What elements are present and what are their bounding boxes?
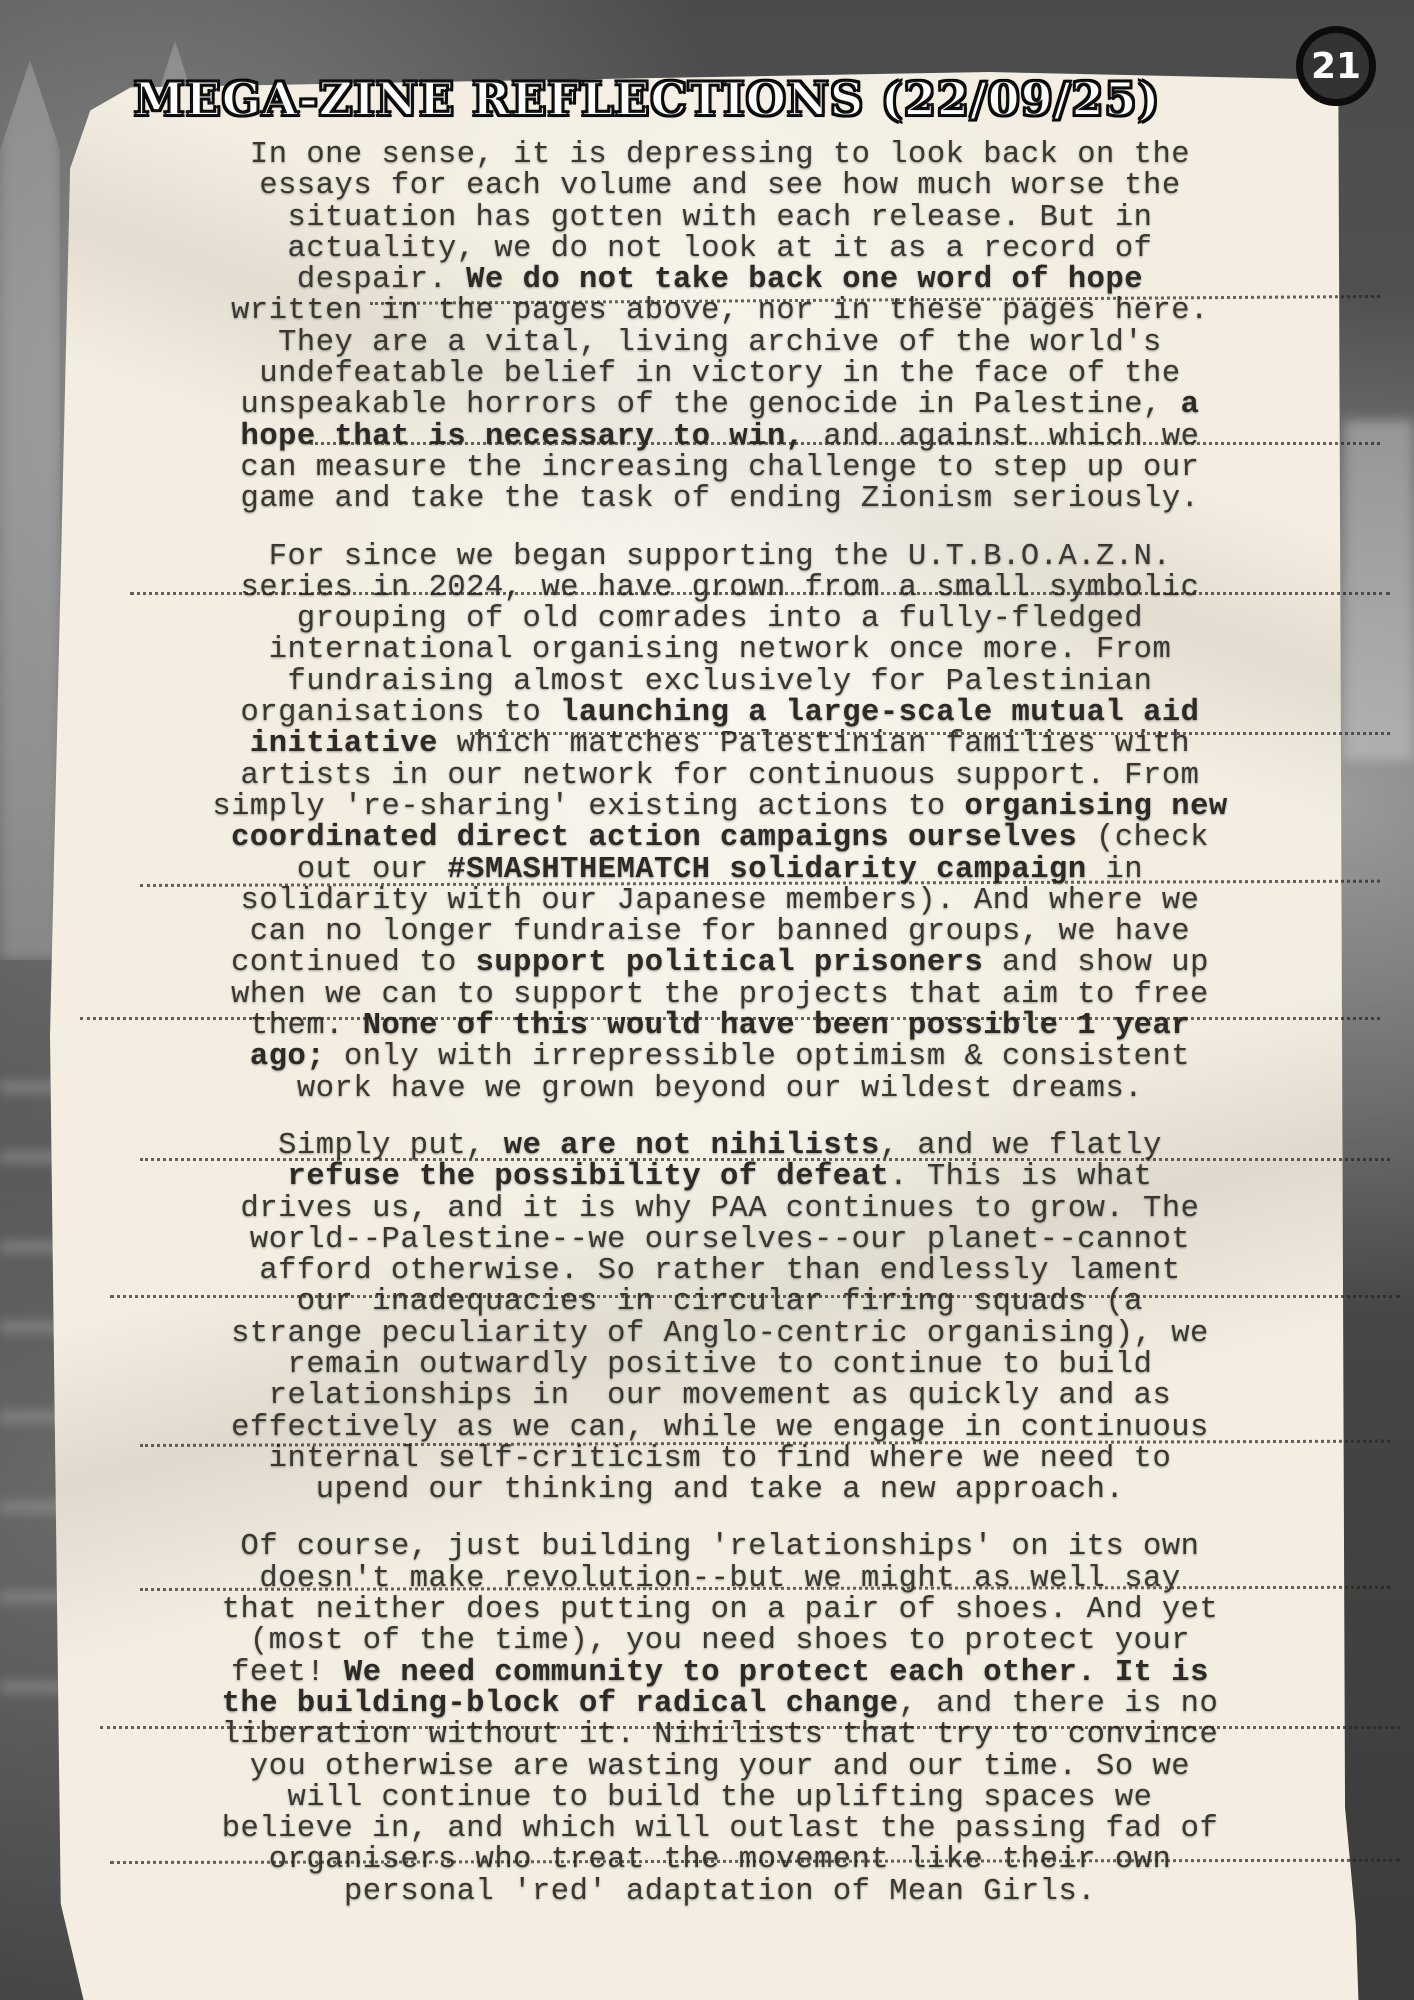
body-text: that neither does putting on a pair of s… xyxy=(222,1593,1219,1627)
body-text: despair. xyxy=(297,263,466,297)
essay-body: In one sense, it is depressing to look b… xyxy=(60,140,1380,1908)
text-line: afford otherwise. So rather than endless… xyxy=(60,1256,1380,1287)
text-line: hope that is necessary to win, and again… xyxy=(60,422,1380,453)
essay-paragraph: Simply put, we are not nihilists, and we… xyxy=(60,1131,1380,1507)
text-line: the building-block of radical change, an… xyxy=(60,1689,1380,1720)
text-line: In one sense, it is depressing to look b… xyxy=(60,140,1380,171)
text-line: internal self-criticism to find where we… xyxy=(60,1444,1380,1475)
body-text: international organising network once mo… xyxy=(269,633,1172,667)
text-line: game and take the task of ending Zionism… xyxy=(60,484,1380,515)
body-text: organisations to xyxy=(241,696,561,730)
text-line: continued to support political prisoners… xyxy=(60,948,1380,979)
body-text: out our xyxy=(297,853,447,887)
body-text: can measure the increasing challenge to … xyxy=(241,451,1200,485)
body-text: , and there is no xyxy=(899,1687,1219,1721)
emphasis-text: We do not take back one word of hope xyxy=(466,263,1143,297)
text-line: can measure the increasing challenge to … xyxy=(60,453,1380,484)
text-line: can no longer fundraise for banned group… xyxy=(60,917,1380,948)
text-line: grouping of old comrades into a fully-fl… xyxy=(60,604,1380,635)
text-line: relationships in our movement as quickly… xyxy=(60,1381,1380,1412)
emphasis-text: coordinated direct action campaigns ours… xyxy=(231,821,1077,855)
dotted-rule xyxy=(100,1726,1400,1729)
text-line: Of course, just building 'relationships'… xyxy=(60,1532,1380,1563)
text-line: ago; only with irrepressible optimism & … xyxy=(60,1042,1380,1073)
body-text: solidarity with our Japanese members). A… xyxy=(241,884,1200,918)
body-text: situation has gotten with each release. … xyxy=(288,201,1153,235)
body-text: will continue to build the uplifting spa… xyxy=(288,1781,1153,1815)
body-text: For since we began supporting the U.T.B.… xyxy=(269,540,1172,574)
text-line: world--Palestine--we ourselves--our plan… xyxy=(60,1225,1380,1256)
text-line: refuse the possibility of defeat. This i… xyxy=(60,1162,1380,1193)
text-line: coordinated direct action campaigns ours… xyxy=(60,823,1380,854)
text-line: organisations to launching a large-scale… xyxy=(60,698,1380,729)
dotted-rule xyxy=(140,1158,1390,1161)
body-text: They are a vital, living archive of the … xyxy=(278,326,1162,360)
body-text: (check xyxy=(1077,821,1209,855)
emphasis-text: organising new xyxy=(964,790,1227,824)
body-text: feet! xyxy=(231,1656,344,1690)
body-text: doesn't make revolution--but we might as… xyxy=(259,1562,1180,1596)
body-text: remain outwardly positive to continue to… xyxy=(288,1348,1153,1382)
emphasis-text: the building-block of radical change xyxy=(222,1687,899,1721)
body-text: believe in, and which will outlast the p… xyxy=(222,1812,1219,1846)
text-line: simply 're-sharing' existing actions to … xyxy=(60,792,1380,823)
body-text: artists in our network for continuous su… xyxy=(241,759,1200,793)
body-text: world--Palestine--we ourselves--our plan… xyxy=(250,1223,1190,1257)
text-line: remain outwardly positive to continue to… xyxy=(60,1350,1380,1381)
body-text: and against which we xyxy=(805,420,1200,454)
text-line: solidarity with our Japanese members). A… xyxy=(60,886,1380,917)
dotted-rule xyxy=(470,732,1390,735)
background-shape xyxy=(0,60,60,960)
body-text: Of course, just building 'relationships'… xyxy=(241,1530,1200,1564)
body-text: our inadequacies in circular firing squa… xyxy=(297,1285,1143,1319)
text-line: artists in our network for continuous su… xyxy=(60,761,1380,792)
emphasis-text: None of this would have been possible 1 … xyxy=(363,1009,1190,1043)
text-line: For since we began supporting the U.T.B.… xyxy=(60,542,1380,573)
body-text: only with irrepressible optimism & consi… xyxy=(325,1040,1190,1074)
body-text: actuality, we do not look at it as a rec… xyxy=(288,232,1153,266)
text-line: fundraising almost exclusively for Pales… xyxy=(60,667,1380,698)
text-line: (most of the time), you need shoes to pr… xyxy=(60,1626,1380,1657)
text-line: when we can to support the projects that… xyxy=(60,980,1380,1011)
text-line: believe in, and which will outlast the p… xyxy=(60,1814,1380,1845)
page-number: 21 xyxy=(1311,46,1361,87)
body-text: relationships in our movement as quickly… xyxy=(269,1379,1172,1413)
emphasis-text: refuse the possibility of defeat xyxy=(288,1160,890,1194)
text-line: actuality, we do not look at it as a rec… xyxy=(60,234,1380,265)
emphasis-text: hope that is necessary to win, xyxy=(241,420,805,454)
dotted-rule xyxy=(310,442,1380,445)
body-text: series in 2024, we have grown from a sma… xyxy=(241,571,1200,605)
body-text: effectively as we can, while we engage i… xyxy=(231,1411,1209,1445)
body-text: you otherwise are wasting your and our t… xyxy=(250,1750,1190,1784)
body-text: drives us, and it is why PAA continues t… xyxy=(241,1192,1200,1226)
dotted-rule xyxy=(130,592,1390,595)
text-line: international organising network once mo… xyxy=(60,635,1380,666)
text-line: upend our thinking and take a new approa… xyxy=(60,1475,1380,1506)
emphasis-text: We need community to protect each other.… xyxy=(344,1656,1209,1690)
body-text: continued to xyxy=(231,946,475,980)
text-line: They are a vital, living archive of the … xyxy=(60,328,1380,359)
emphasis-text: launching a large-scale mutual aid xyxy=(560,696,1199,730)
emphasis-text: a xyxy=(1181,388,1200,422)
emphasis-text: initiative xyxy=(250,727,438,761)
body-text: fundraising almost exclusively for Pales… xyxy=(288,665,1153,699)
text-line: that neither does putting on a pair of s… xyxy=(60,1595,1380,1626)
body-text: afford otherwise. So rather than endless… xyxy=(259,1254,1180,1288)
body-text: unspeakable horrors of the genocide in P… xyxy=(241,388,1181,422)
text-line: them. None of this would have been possi… xyxy=(60,1011,1380,1042)
body-text: simply 're-sharing' existing actions to xyxy=(212,790,964,824)
text-line: drives us, and it is why PAA continues t… xyxy=(60,1194,1380,1225)
body-text: personal 'red' adaptation of Mean Girls. xyxy=(344,1875,1096,1909)
body-text: (most of the time), you need shoes to pr… xyxy=(250,1624,1190,1658)
body-text: essays for each volume and see how much … xyxy=(259,169,1180,203)
body-text: In one sense, it is depressing to look b… xyxy=(250,138,1190,172)
body-text: strange peculiarity of Anglo-centric org… xyxy=(231,1317,1209,1351)
body-text: them. xyxy=(250,1009,363,1043)
body-text: game and take the task of ending Zionism… xyxy=(241,482,1200,516)
body-text: liberation without it. Nihilists that tr… xyxy=(222,1718,1219,1752)
essay-paragraph: In one sense, it is depressing to look b… xyxy=(60,140,1380,516)
body-text: work have we grown beyond our wildest dr… xyxy=(297,1072,1143,1106)
body-text: internal self-criticism to find where we… xyxy=(269,1442,1172,1476)
text-line: our inadequacies in circular firing squa… xyxy=(60,1287,1380,1318)
text-line: you otherwise are wasting your and our t… xyxy=(60,1752,1380,1783)
body-text: and show up xyxy=(983,946,1209,980)
dotted-rule xyxy=(110,1295,1400,1298)
text-line: effectively as we can, while we engage i… xyxy=(60,1413,1380,1444)
emphasis-text: support political prisoners xyxy=(476,946,984,980)
text-line: undefeatable belief in victory in the fa… xyxy=(60,359,1380,390)
text-line: work have we grown beyond our wildest dr… xyxy=(60,1074,1380,1105)
text-line: despair. We do not take back one word of… xyxy=(60,265,1380,296)
emphasis-text: ago; xyxy=(250,1040,325,1074)
text-line: strange peculiarity of Anglo-centric org… xyxy=(60,1319,1380,1350)
body-text: can no longer fundraise for banned group… xyxy=(250,915,1190,949)
text-line: liberation without it. Nihilists that tr… xyxy=(60,1720,1380,1751)
text-line: unspeakable horrors of the genocide in P… xyxy=(60,390,1380,421)
body-text: when we can to support the projects that… xyxy=(231,978,1209,1012)
body-text: grouping of old comrades into a fully-fl… xyxy=(297,602,1143,636)
page-title: MEGA-ZINE REFLECTIONS (22/09/25) xyxy=(0,72,1354,126)
text-line: essays for each volume and see how much … xyxy=(60,171,1380,202)
text-line: feet! We need community to protect each … xyxy=(60,1658,1380,1689)
dotted-rule xyxy=(80,1017,1380,1020)
text-line: situation has gotten with each release. … xyxy=(60,203,1380,234)
body-text: undefeatable belief in victory in the fa… xyxy=(259,357,1180,391)
page-number-badge: 21 xyxy=(1296,26,1376,106)
text-line: series in 2024, we have grown from a sma… xyxy=(60,573,1380,604)
body-text: . This is what xyxy=(889,1160,1152,1194)
essay-paragraph: For since we began supporting the U.T.B.… xyxy=(60,542,1380,1105)
text-line: personal 'red' adaptation of Mean Girls. xyxy=(60,1877,1380,1908)
body-text: upend our thinking and take a new approa… xyxy=(316,1473,1125,1507)
text-line: will continue to build the uplifting spa… xyxy=(60,1783,1380,1814)
